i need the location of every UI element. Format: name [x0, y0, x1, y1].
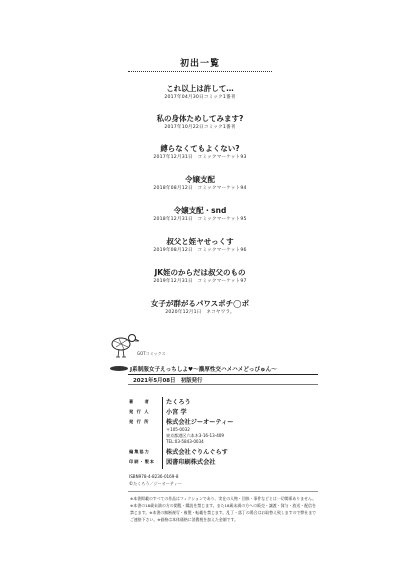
- list-item: 令嬢支配・snd 2018年12月31日 コミックマーケット95: [0, 206, 400, 223]
- colophon-row: 発 行 所 株式会社ジーオーティー: [129, 417, 309, 427]
- list-item: 私の身体ためしてみます? 2017年10月22日コミック1番刊: [0, 114, 400, 131]
- colophon-value: 株式会社ジーオーティー: [166, 417, 233, 426]
- disclaimer-text: ※本書掲載のすべての作品はフィクションであり、実在の人物・団体・事件などとは一切…: [130, 495, 316, 523]
- entry-title: 縛らなくてもよくない?: [0, 144, 400, 154]
- entry-title: 叔父と姪ヤせっくす: [0, 237, 400, 247]
- entry-info: 2019年12月31日 コミックマーケット97: [0, 278, 400, 285]
- colophon-row: 著 者 たくろう: [129, 397, 309, 407]
- list-item: JK姪のからだは叔父のもの 2019年12月31日 コミックマーケット97: [0, 268, 400, 285]
- colophon-value: 株式会社ぐりんぐらす: [166, 447, 228, 456]
- address-line: TEL:03-5843-0034: [129, 439, 309, 447]
- colophon-key: 印刷・製本: [129, 459, 159, 465]
- list-item: これ以上は許して… 2017年04月30日コミック1番刊: [0, 84, 400, 101]
- entry-info: 2018年08月12日 コミックマーケット94: [0, 185, 400, 192]
- entry-info: 2020年12月1日 ネコヤワラ。: [0, 309, 400, 316]
- colophon-key: 発 行 人: [129, 409, 159, 415]
- colophon-value: たくろう: [166, 397, 191, 406]
- entry-title: 私の身体ためしてみます?: [0, 114, 400, 124]
- colophon-table: 著 者 たくろう 発 行 人 小宮 学 発 行 所 株式会社ジーオーティー 〒1…: [129, 397, 309, 467]
- entry-title: これ以上は許して…: [0, 84, 400, 94]
- copyright-line: ©たくろう／ジーオーティー: [129, 480, 182, 487]
- list-item: 令嬢支配 2018年08月12日 コミックマーケット94: [0, 175, 400, 192]
- list-item: 叔父と姪ヤせっくす 2019年08月12日 コミックマーケット96: [0, 237, 400, 254]
- entry-info: 2017年04月30日コミック1番刊: [0, 94, 400, 101]
- colophon-page: 初出一覧 これ以上は許して… 2017年04月30日コミック1番刊 私の身体ため…: [0, 0, 400, 581]
- entry-info: 2017年10月22日コミック1番刊: [0, 124, 400, 131]
- entry-info: 2017年12月31日 コミックマーケット93: [0, 154, 400, 161]
- date-divider: [128, 384, 318, 385]
- publication-date: 2021年5月08日 初版発行: [133, 376, 202, 384]
- isbn-block: ISBN978-4-8236-0169-8 ©たくろう／ジーオーティー: [129, 473, 182, 487]
- imprint-label: GOTコミックス: [137, 351, 166, 357]
- entry-title: JK姪のからだは叔父のもの: [0, 268, 400, 278]
- colophon-value: 図書印刷株式会社: [166, 457, 216, 466]
- heading-divider: [128, 71, 272, 72]
- title-divider: [128, 374, 318, 375]
- page-title: 初出一覧: [0, 56, 400, 69]
- book-title: J系制服女子えっちしよ♥～濃厚性交ハメハメどっぴゅん～: [130, 365, 315, 373]
- entry-info: 2019年08月12日 コミックマーケット96: [0, 247, 400, 254]
- colophon-value: 小宮 学: [166, 407, 187, 416]
- list-item: 女子が群がるパワスポチ◯ポ 2020年12月1日 ネコヤワラ。: [0, 299, 400, 316]
- entry-title: 令嬢支配: [0, 175, 400, 185]
- colophon-key: 著 者: [129, 399, 159, 405]
- entry-info: 2018年12月31日 コミックマーケット95: [0, 216, 400, 223]
- entry-title: 令嬢支配・snd: [0, 206, 400, 216]
- colophon-row: 印刷・製本 図書印刷株式会社: [129, 457, 309, 467]
- bird-logo-icon: [110, 332, 140, 360]
- decorative-mark: [110, 366, 128, 371]
- list-item: 縛らなくてもよくない? 2017年12月31日 コミックマーケット93: [0, 144, 400, 161]
- colophon-row: 発 行 人 小宮 学: [129, 407, 309, 417]
- colophon-key: 編集協力: [129, 449, 159, 455]
- colophon-key: 発 行 所: [129, 419, 159, 425]
- entry-title: 女子が群がるパワスポチ◯ポ: [0, 299, 400, 309]
- colophon-row: 編集協力 株式会社ぐりんぐらす: [129, 447, 309, 457]
- disclaimer-divider: [128, 491, 318, 492]
- isbn-number: ISBN978-4-8236-0169-8: [129, 473, 182, 480]
